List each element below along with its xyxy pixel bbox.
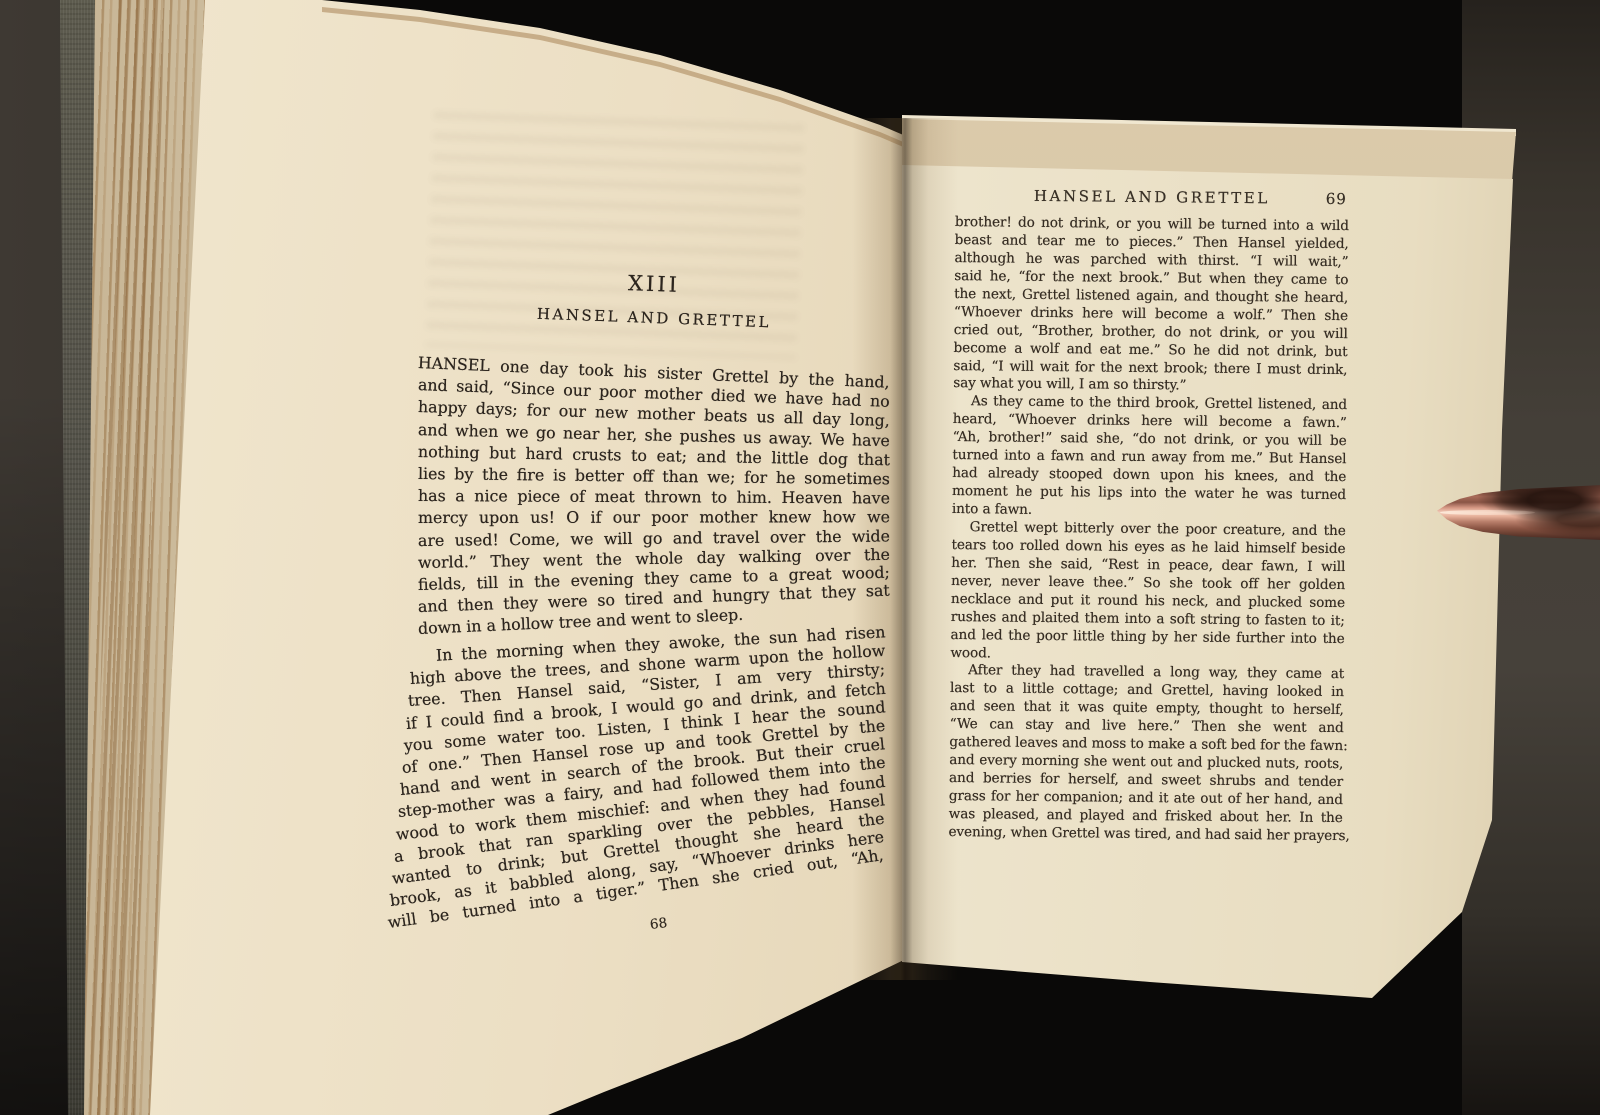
left-page-paragraph-2: In the morning when they awoke, the sun …	[414, 646, 888, 934]
left-page-paragraph-1: HANSEL one day took his sister Grettel b…	[418, 352, 890, 640]
right-page-body: brother! do not drink, or you will be tu…	[948, 214, 1349, 846]
running-header-title: HANSEL AND GRETTEL	[1034, 187, 1270, 207]
book-photo-scene: XIII HANSEL AND GRETTEL HANSEL one day t…	[0, 0, 1600, 1115]
right-page-number: 69	[1326, 190, 1347, 208]
chapter-heading: XIII HANSEL AND GRETTEL	[418, 272, 890, 327]
pen-highlight	[1440, 510, 1535, 515]
left-page-number: 68	[649, 915, 668, 933]
